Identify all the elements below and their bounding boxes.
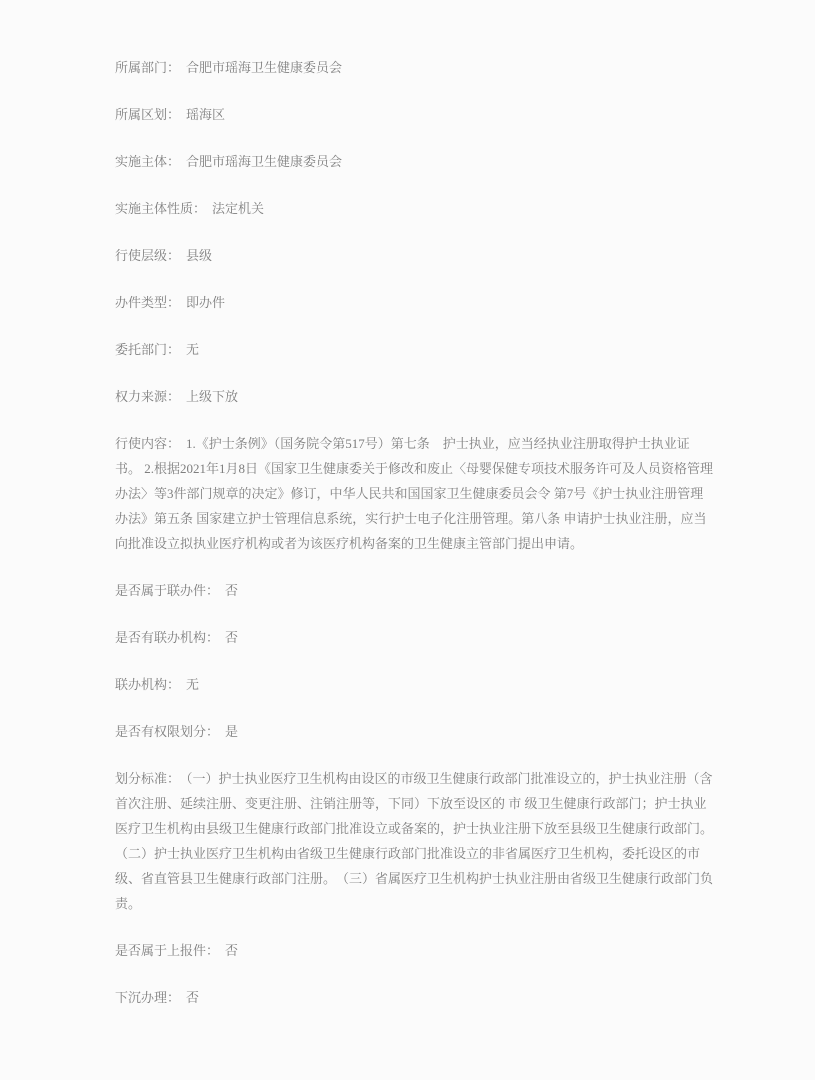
field-label-division-standard: 划分标准： (115, 771, 180, 786)
field-row-exercise-level: 行使层级：县级 (115, 243, 715, 268)
field-label-exercise-level: 行使层级： (115, 248, 180, 263)
field-row-has-joint-processing-agency: 是否有联办机构：否 (115, 625, 715, 650)
field-row-processing-type: 办件类型：即办件 (115, 290, 715, 315)
field-row-is-joint-processing-item: 是否属于联办件：否 (115, 578, 715, 603)
field-row-department: 所属部门：合肥市瑶海卫生健康委员会 (115, 55, 715, 80)
field-row-joint-processing-agency: 联办机构：无 (115, 672, 715, 697)
field-label-joint-processing-agency: 联办机构： (115, 677, 180, 692)
field-label-entrusting-department: 委托部门： (115, 342, 180, 357)
field-row-has-authority-division: 是否有权限划分：是 (115, 719, 715, 744)
field-value-district: 瑶海区 (186, 107, 225, 122)
field-label-exercise-content: 行使内容： (115, 436, 180, 451)
field-row-implementing-body: 实施主体：合肥市瑶海卫生健康委员会 (115, 149, 715, 174)
field-value-department: 合肥市瑶海卫生健康委员会 (186, 60, 342, 75)
field-value-exercise-level: 县级 (186, 248, 212, 263)
field-value-is-report-item: 否 (225, 943, 238, 958)
field-label-is-report-item: 是否属于上报件： (115, 943, 219, 958)
field-value-processing-type: 即办件 (186, 295, 225, 310)
field-row-division-standard: 划分标准：（一）护士执业医疗卫生机构由设区的市级卫生健康行政部门批准设立的，护士… (115, 766, 715, 916)
field-label-has-authority-division: 是否有权限划分： (115, 724, 219, 739)
field-value-is-joint-processing-item: 否 (225, 583, 238, 598)
field-label-has-joint-processing-agency: 是否有联办机构： (115, 630, 219, 645)
field-label-implementing-body-nature: 实施主体性质： (115, 201, 206, 216)
field-value-power-source: 上级下放 (186, 389, 238, 404)
service-detail-document: 所属部门：合肥市瑶海卫生健康委员会所属区划：瑶海区实施主体：合肥市瑶海卫生健康委… (0, 0, 815, 1080)
field-row-power-source: 权力来源：上级下放 (115, 384, 715, 409)
field-label-is-joint-processing-item: 是否属于联办件： (115, 583, 219, 598)
field-label-district: 所属区划： (115, 107, 180, 122)
field-value-has-authority-division: 是 (225, 724, 238, 739)
field-row-is-report-item: 是否属于上报件：否 (115, 938, 715, 963)
field-label-department: 所属部门： (115, 60, 180, 75)
field-label-power-source: 权力来源： (115, 389, 180, 404)
field-value-joint-processing-agency: 无 (186, 677, 199, 692)
field-label-implementing-body: 实施主体： (115, 154, 180, 169)
field-row-sink-processing: 下沉办理：否 (115, 985, 715, 1010)
field-row-exercise-content: 行使内容：1.《护士条例》（国务院令第517号）第七条 护士执业，应当经执业注册… (115, 431, 715, 556)
field-row-district: 所属区划：瑶海区 (115, 102, 715, 127)
field-row-implementing-body-nature: 实施主体性质：法定机关 (115, 196, 715, 221)
field-value-exercise-content: 1.《护士条例》（国务院令第517号）第七条 护士执业，应当经执业注册取得护士执… (115, 436, 713, 551)
field-value-division-standard: （一）护士执业医疗卫生机构由设区的市级卫生健康行政部门批准设立的，护士执业注册（… (115, 771, 720, 911)
field-value-implementing-body-nature: 法定机关 (212, 201, 264, 216)
field-value-has-joint-processing-agency: 否 (225, 630, 238, 645)
field-row-entrusting-department: 委托部门：无 (115, 337, 715, 362)
field-value-entrusting-department: 无 (186, 342, 199, 357)
field-label-sink-processing: 下沉办理： (115, 990, 180, 1005)
field-value-sink-processing: 否 (186, 990, 199, 1005)
field-label-processing-type: 办件类型： (115, 295, 180, 310)
field-value-implementing-body: 合肥市瑶海卫生健康委员会 (186, 154, 342, 169)
